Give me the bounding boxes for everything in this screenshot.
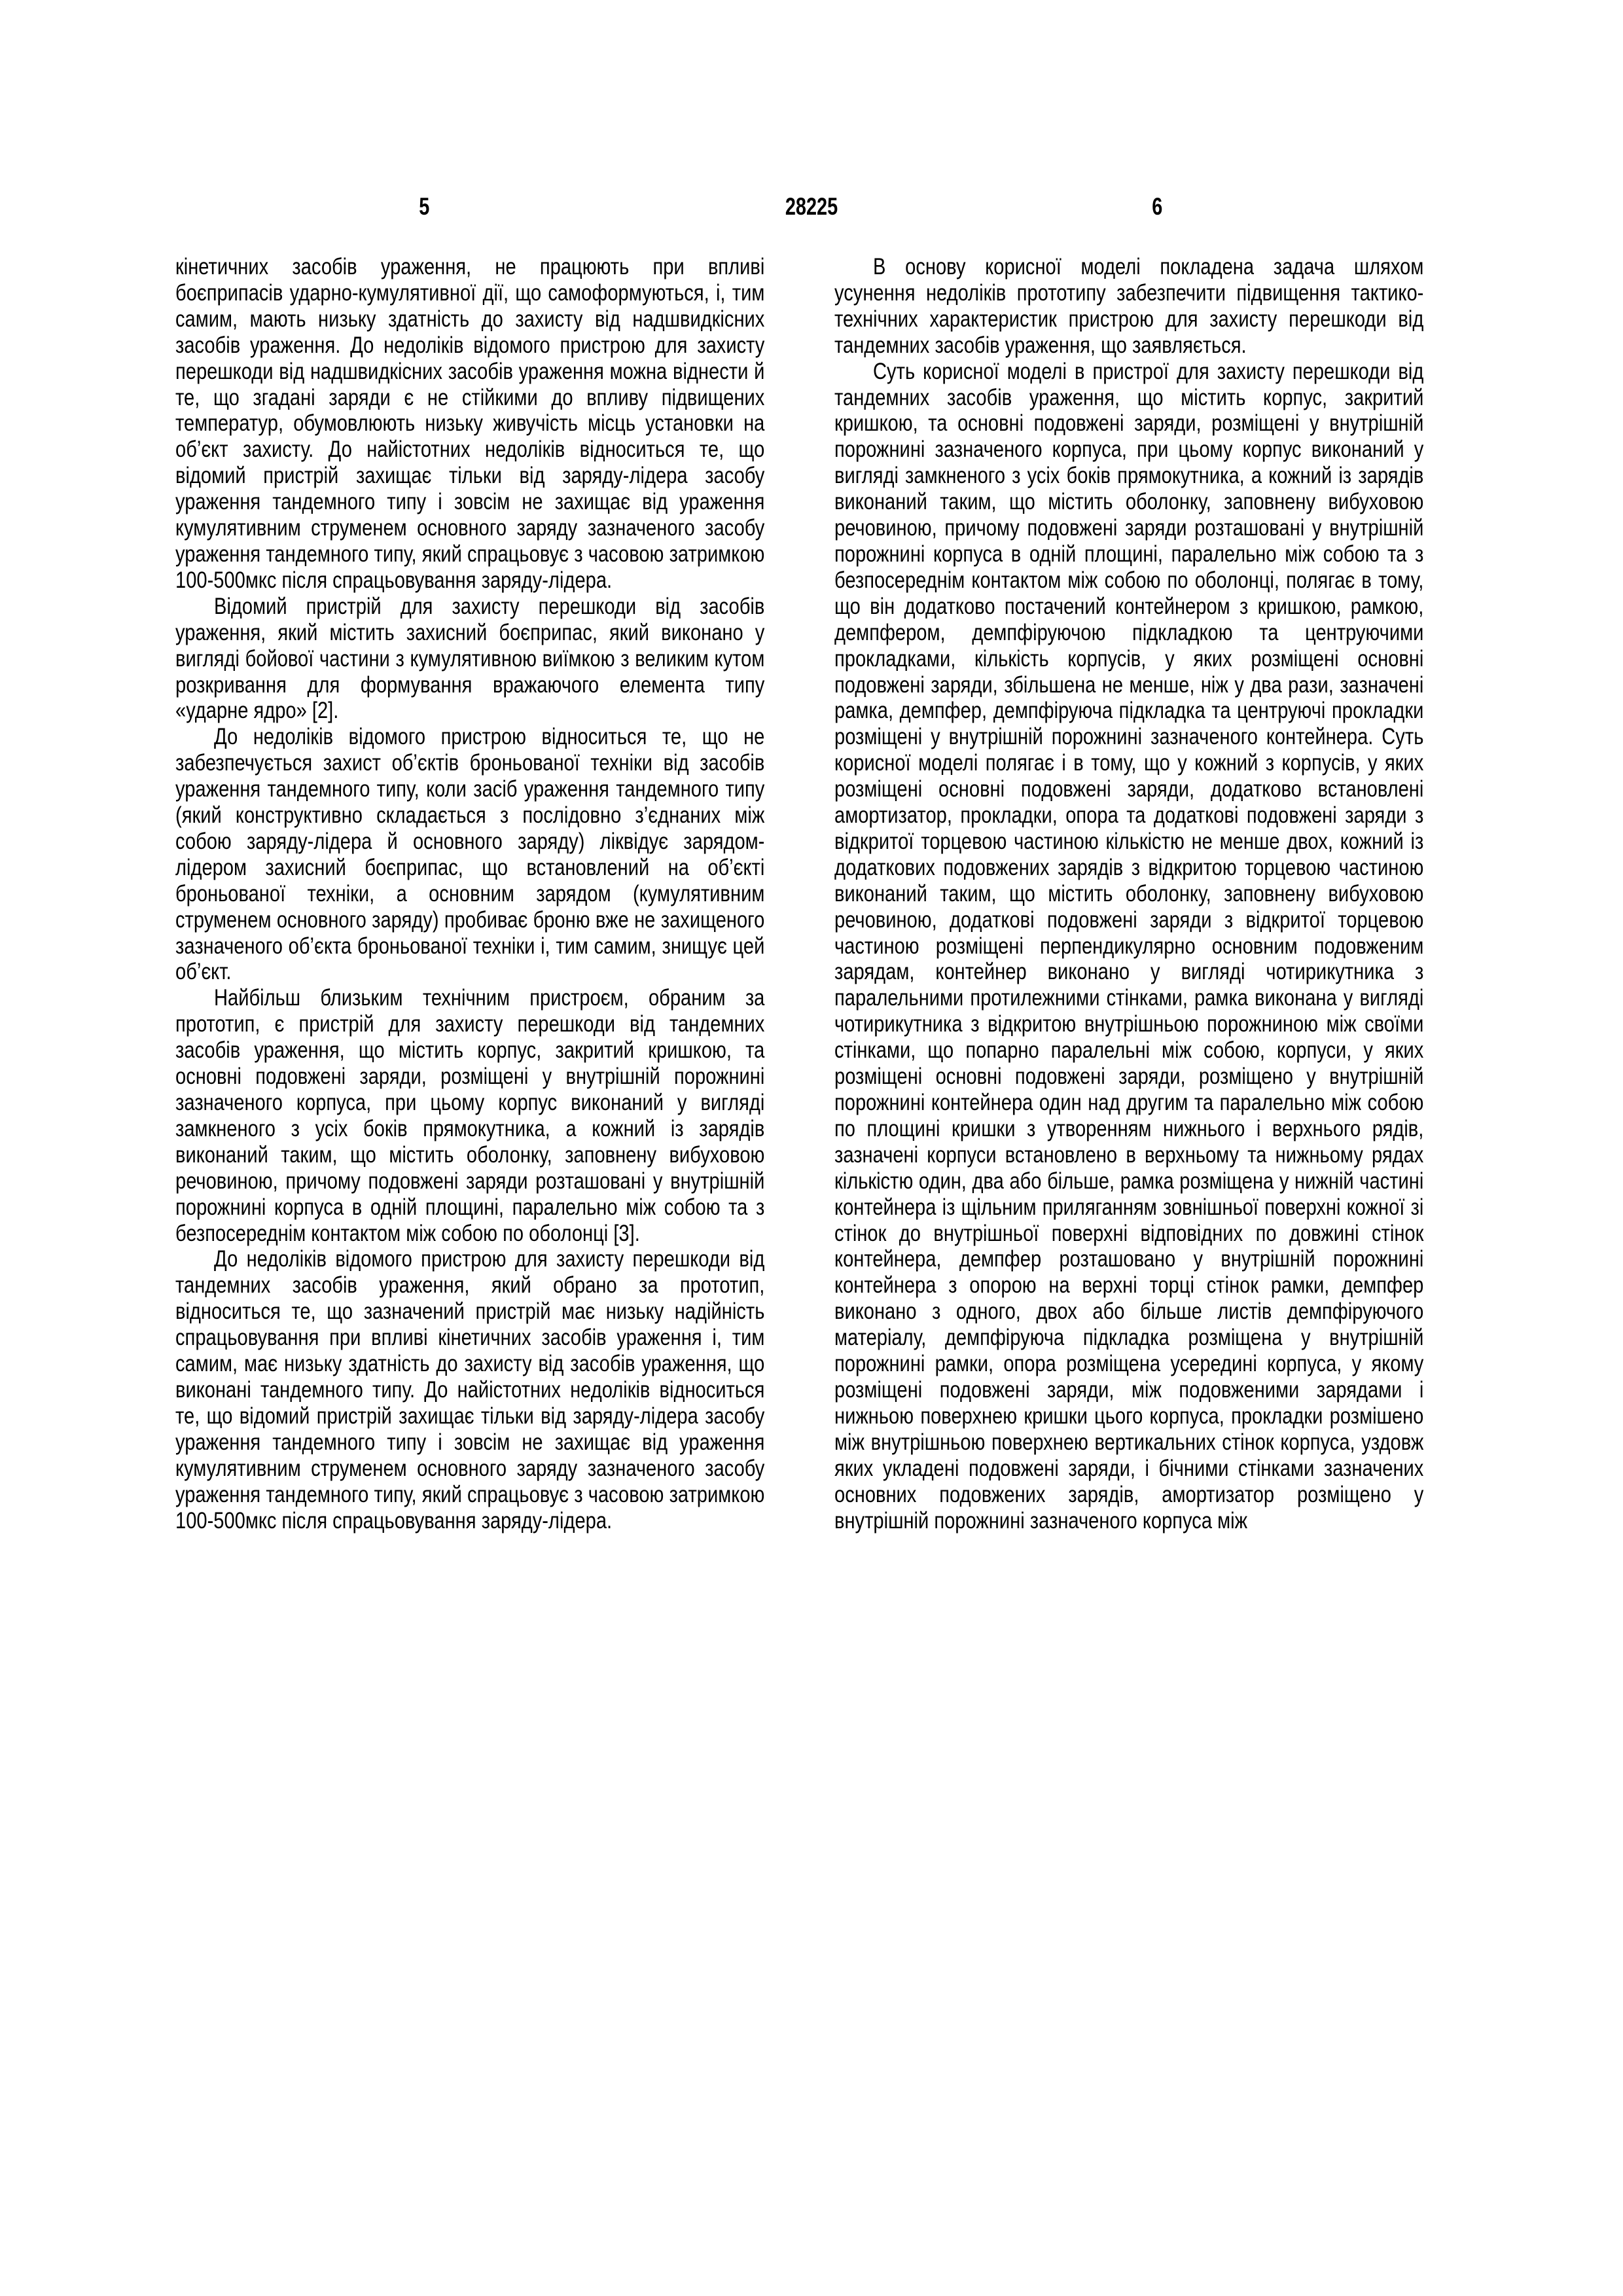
paragraph: До недоліків відомого пристрою для захис…	[175, 1246, 764, 1534]
paragraph: Суть корисної моделі в пристрої для захи…	[834, 359, 1423, 1534]
paragraph: До недоліків відомого пристрою відносить…	[175, 724, 764, 985]
paragraph: Відомий пристрій для захисту перешкоди в…	[175, 594, 764, 725]
document-number: 28225	[776, 194, 847, 220]
right-column: В основу корисної моделі покладена задач…	[834, 254, 1423, 1534]
page-number-left: 5	[419, 194, 429, 220]
paragraph: кінетичних засобів ураження, не працюють…	[175, 254, 764, 594]
page-number-right: 6	[1152, 194, 1162, 220]
paragraph: В основу корисної моделі покладена задач…	[834, 254, 1423, 359]
paragraph: Найбільш близьким технічним пристроєм, о…	[175, 985, 764, 1246]
left-column: кінетичних засобів ураження, не працюють…	[175, 254, 764, 1534]
